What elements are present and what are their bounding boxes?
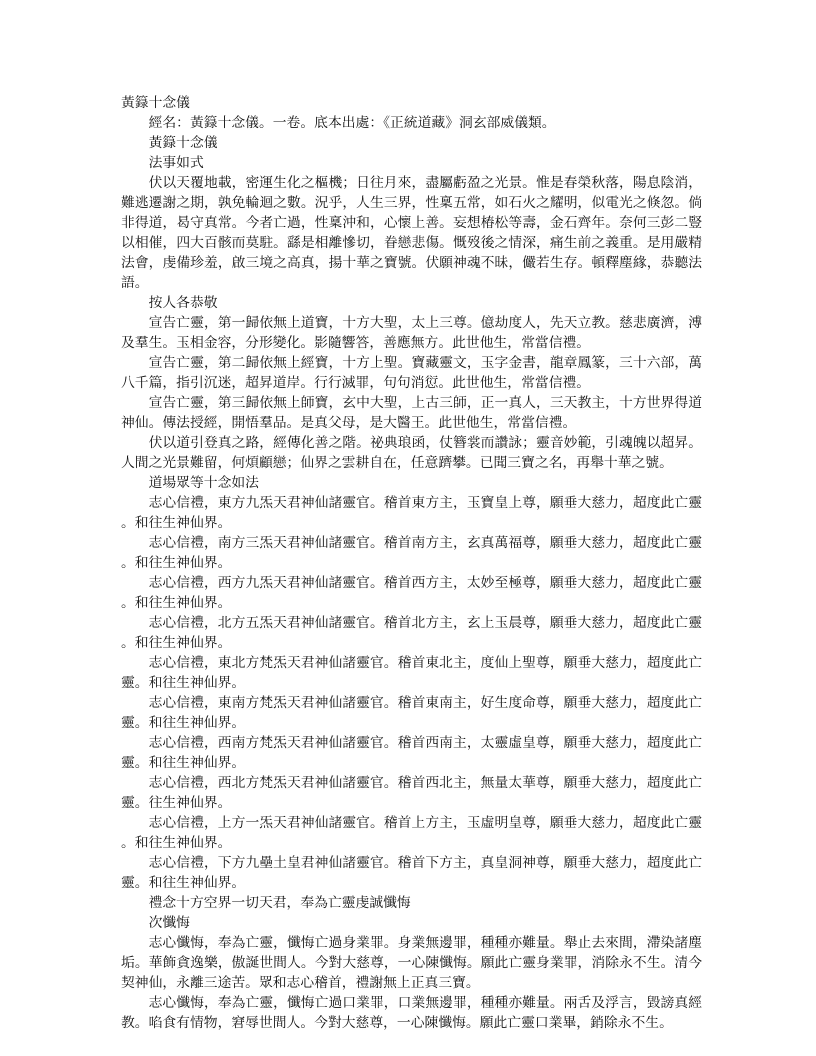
transition-paragraph: 伏以道引登真之路，經傳化善之階。祕典琅函，仗簪裳而讚詠；靈音妙範，引魂魄以超昇。… [121,433,702,473]
recitation-southwest: 志心信禮，西南方梵炁天君神仙諸靈官。稽首西南主，太靈虛皇尊，願垂大慈力，超度此亡… [121,733,702,773]
document-page: 黃籙十念儀 經名：黃籙十念儀。一卷。底本出處：《正統道藏》洞玄部威儀類。 黃籙十… [121,93,702,1033]
repentance-body-karma: 志心懺悔，奉為亡靈，懺悔亡過身業罪。身業無邊罪，種種亦難量。舉止去來間，滯染諸塵… [121,933,702,993]
document-title: 黃籙十念儀 [121,93,702,113]
recitation-north: 志心信禮，北方五炁天君神仙諸靈官。稽首北方主，玄上玉晨尊，願垂大慈力，超度此亡靈… [121,613,702,653]
section-heading-repentance: 次懺悔 [121,913,702,933]
section-heading-repentance-intro: 禮念十方空界一切天君，奉為亡靈虔誠懺悔 [121,893,702,913]
refuge-paragraph-3: 宣告亡靈，第三歸依無上師寶，玄中大聖，上古三師，正一真人，三天教主，十方世界得道… [121,393,702,433]
refuge-paragraph-1: 宣告亡靈，第一歸依無上道寶，十方大聖，太上三尊。億劫度人，先天立教。慈悲廣濟，溥… [121,313,702,353]
recitation-west: 志心信禮，西方九炁天君神仙諸靈官。稽首西方主，太妙至極尊，願垂大慈力，超度此亡靈… [121,573,702,613]
recitation-northwest: 志心信禮，西北方梵炁天君神仙諸靈官。稽首西北主，無量太華尊，願垂大慈力，超度此亡… [121,773,702,813]
refuge-paragraph-2: 宣告亡靈，第二歸依無上經寶，十方上聖。寶藏靈文，玉字金書，龍章鳳篆，三十六部，萬… [121,353,702,393]
section-heading-ten-recitations: 道場眾等十念如法 [121,473,702,493]
recitation-southeast: 志心信禮，東南方梵炁天君神仙諸靈官。稽首東南主，好生度命尊，願垂大慈力，超度此亡… [121,693,702,733]
repentance-speech-karma: 志心懺悔，奉為亡靈，懺悔亡過口業罪，口業無邊罪，種種亦難量。兩舌及浮言，毀謗真經… [121,993,702,1033]
recitation-east: 志心信禮，東方九炁天君神仙諸靈官。稽首東方主，玉寶皇上尊，願垂大慈力，超度此亡靈… [121,493,702,533]
document-subtitle: 黃籙十念儀 [121,133,702,153]
recitation-below: 志心信禮，下方九壘土皇君神仙諸靈官。稽首下方主，真皇洞神尊，願垂大慈力，超度此亡… [121,853,702,893]
recitation-northeast: 志心信禮，東北方梵炁天君神仙諸靈官。稽首東北主，度仙上聖尊，願垂大慈力，超度此亡… [121,653,702,693]
recitation-above: 志心信禮，上方一炁天君神仙諸靈官。稽首上方主，玉虛明皇尊，願垂大慈力，超度此亡靈… [121,813,702,853]
recitation-south: 志心信禮，南方三炁天君神仙諸靈官。稽首南方主，玄真萬福尊，願垂大慈力，超度此亡靈… [121,533,702,573]
document-meta: 經名：黃籙十念儀。一卷。底本出處：《正統道藏》洞玄部威儀類。 [121,113,702,133]
intro-paragraph: 伏以天覆地載，密運生化之樞機；日往月來，盡屬虧盈之光景。惟是春榮秋落，陽息陰消，… [121,173,702,293]
section-heading-rite: 法事如式 [121,153,702,173]
section-heading-respect: 按人各恭敬 [121,293,702,313]
